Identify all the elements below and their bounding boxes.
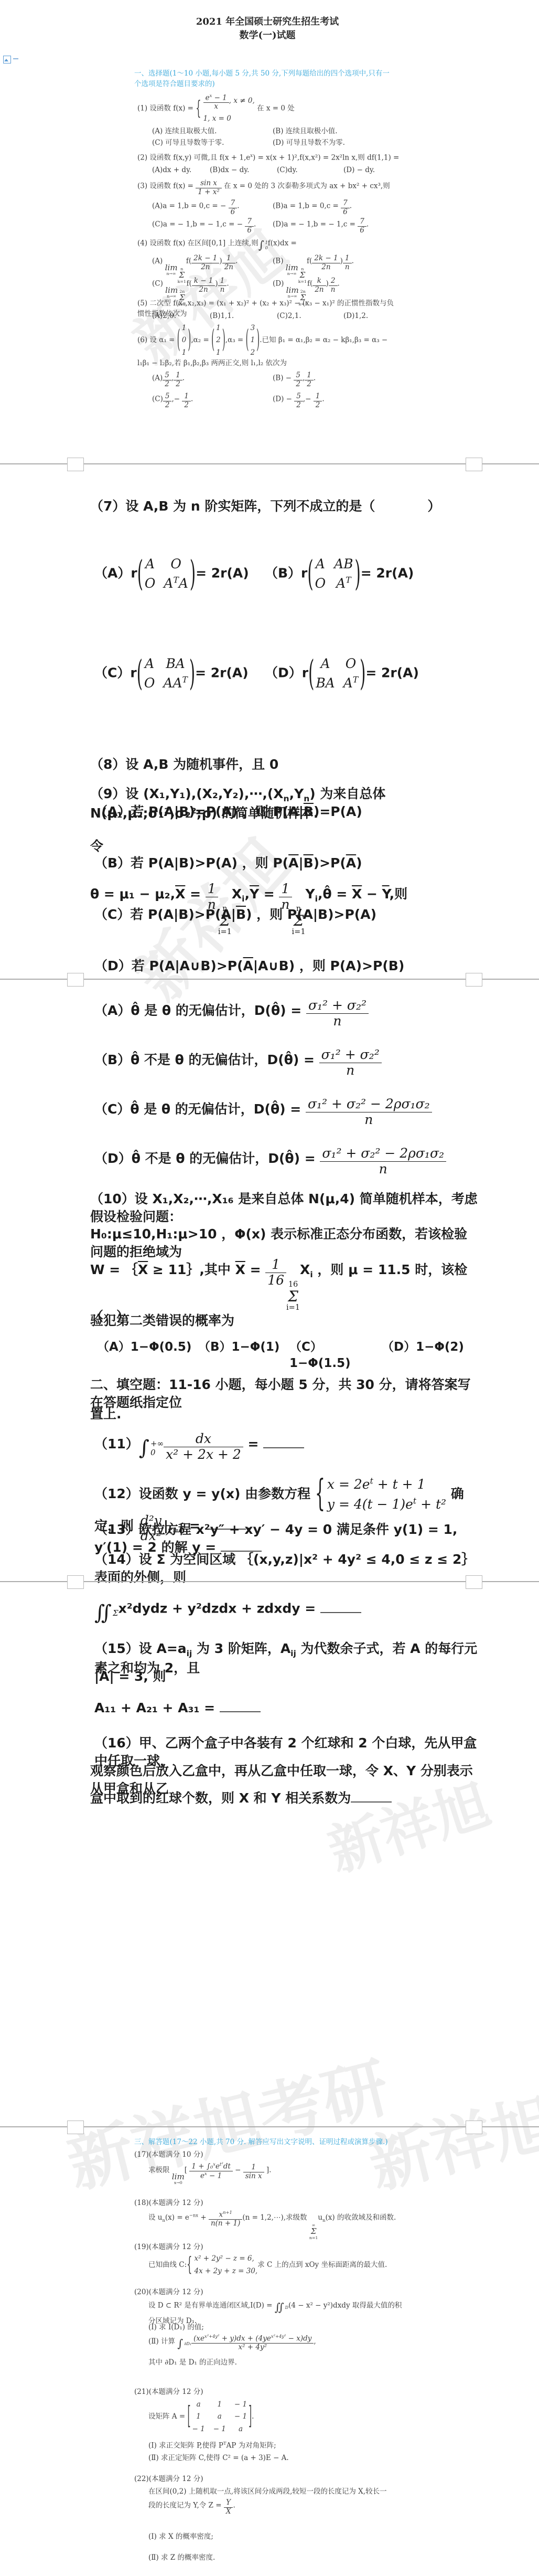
q9-lead: 令 [90,838,478,855]
q10-option-c: （C）1−Φ(1.5) [289,1339,381,1372]
section1-heading: 一、选择题(1～10 小题,每小题 5 分,共 50 分,下列每题给出的四个选项… [134,68,394,90]
q3-option-b: (B)a = 1,b = 0,c = 76. [273,199,391,216]
q15-formula: A₁₁ + A₂₁ + A₃₁ = [94,1699,482,1717]
q8-stem: （8）设 A,B 为随机事件，且 0 [90,756,478,773]
q10-stem-line2: H₀:μ≤10,H₁:μ>10 ，Φ(x) 表示标准正态分布函数，若该检验问题的… [90,1225,478,1261]
q1-option-a: (A) 连续且取极大值. [152,126,267,136]
q2-option-c: (C)dy. [277,165,335,175]
q5-option-c: (C)2,1. [277,311,329,321]
q3-stem: (3) 设函数 f(x) = sin x1 + x² 在 x = 0 处的 3 … [137,179,402,196]
q17-heading: (17)(本题满分 10 分) [134,2149,399,2160]
q5-option-d: (D)1,2. [343,311,396,321]
section2-heading-line2: 置上. [90,1405,478,1423]
exam-document: 新祥旭 新祥旭 新祥旭 新祥旭考研 新祥旭 2021 年全国硕士研究生招生考试 … [0,0,539,2576]
q7-option-b: （B）r(AABOAT)= 2r(A) [265,555,446,592]
q22-stem-line1: 在区间(0,2) 上随机取一点,将该区间分成两段,较短一段的长度记为 X,较长一 [148,2486,405,2497]
q5-option-a: (A)2,0. [152,311,204,321]
q6-option-b: (B) − 52,12. [273,372,388,388]
q22-heading: (22)(本题满分 12 分) [134,2474,399,2484]
q10-option-a: （A）1−Φ(0.5) [97,1339,194,1355]
q21-part2: (Ⅱ) 求正定矩阵 C,使得 C² = (a + 3)E − A. [148,2453,413,2463]
q8-option-d: （D）若 P(A|A∪B)>P(A|A∪B) ，则 P(A)>P(B) [94,957,482,975]
q1-option-d: (D) 可导且导数不为零. [273,137,388,148]
page-corner-mark [67,973,84,987]
q3-option-c: (C)a = − 1,b = − 1,c = − 76. [152,218,270,235]
q5-option-b: (B)1,1. [210,311,262,321]
q17-formula: 求极限 limx→0[ 1 + ∫₀xet²dtex − 1 − 1sin x … [148,2162,413,2186]
section3-heading: 三、解答题(17～22 小题,共 70 分. 解答应写出文字说明、证明过程或演算… [134,2137,399,2147]
q21-heading: (21)(本题满分 12 分) [134,2387,399,2397]
page-corner-mark [67,458,84,471]
q20-part1: (Ⅰ) 求 I(D₁) 的值; [148,2322,413,2333]
q9-option-a: （A）θ̂ 是 θ 的无偏估计，D(θ̂) = σ₁² + σ₂²n [94,998,482,1029]
q10-stem-line1: （10）设 X₁,X₂,⋯,X₁₆ 是来自总体 N(μ,4) 简单随机样本，考虑… [90,1190,478,1226]
q20-heading: (20)(本题满分 12 分) [134,2287,399,2297]
q20-part2-note: 其中 ∂D₁ 是 D₁ 的正向边界. [148,2357,413,2368]
page-corner-mark [67,2121,84,2134]
q22-part1: (Ⅰ) 求 X 的概率密度; [148,2531,413,2542]
q16-stem-line3: 盒中取到的红球个数，则 X 和 Y 相关系数为 [90,1789,478,1807]
q14-formula: ∬Σx²dydz + y²dzdx + zdxdy = [94,1599,482,1627]
exam-title-line2: 数学(一)试题 [136,28,398,43]
margin-attachment-icon [3,56,21,63]
q1-option-b: (B) 连续且取极小值. [273,126,388,136]
q6-option-c: (C)52,− 12. [152,393,267,409]
q11-stem: （11）∫+∞0dxx² + 2x + 2 = [94,1432,482,1462]
q1-stem: (1) 设函数 f(x) = {ex − 1x, x ≠ 0,1, x = 0 … [137,93,402,124]
page-corner-mark [67,1575,84,1589]
exam-title-line1: 2021 年全国硕士研究生招生考试 [136,15,398,29]
q2-stem: (2) 设函数 f(x,y) 可微,且 f(x + 1,ex) = x(x + … [137,152,402,163]
q10-stem-line4: （ ） [90,1308,478,1326]
image-placeholder-glyph [4,59,8,61]
q22-part2: (Ⅱ) 求 Z 的概率密度. [148,2552,413,2563]
q21-part1: (Ⅰ) 求正交矩阵 P,使得 PTAP 为对角矩阵; [148,2440,413,2451]
q10-option-d: （D）1−Φ(2) [382,1339,468,1355]
q1-option-c: (C) 可导且导数等于零. [152,137,267,148]
q19-formula: 已知曲线 C:{x² + 2y² − z = 6,4x + 2y + z = 3… [148,2253,405,2277]
q6-option-d: (D) − 52,− 12. [273,393,388,409]
q15-stem-line2: |A| = 3, 则 [94,1668,482,1685]
q7-stem: （7）设 A,B 为 n 阶实矩阵，下列不成立的是（ ） [90,497,478,515]
q9-option-d: （D）θ̂ 不是 θ 的无偏估计，D(θ̂) = σ₁² + σ₂² − 2ρσ… [94,1146,482,1177]
q7-option-a: （A）r(AOOATA)= 2r(A) [94,555,275,592]
q2-option-b: (B)dx − dy. [210,165,267,175]
margin-dash [13,58,18,59]
page-corner-mark [466,2121,482,2134]
page-corner-mark [466,973,482,987]
q22-stem-line2: 段的长度记为 Y,令 Z = YX. [148,2499,413,2516]
q2-option-d: (D) − dy. [343,165,401,175]
q3-option-d: (D)a = − 1,b = − 1,c = 76. [273,218,391,235]
q3-option-a: (A)a = 1,b = 0,c = − 76. [152,199,270,216]
q10-option-b: （B）1−Φ(1) [198,1339,285,1355]
q7-option-d: （D）r(AOBAAT)= 2r(A) [265,655,446,692]
page-corner-mark [466,458,482,471]
q18-formula: 设 un(x) = e−nx + xn+1n(n + 1)(n = 1,2,⋯)… [148,2210,405,2240]
q9-stem: （9）设 (X₁,Y₁),(X₂,Y₂),⋯,(Xn,Yn) 为来自总体 N(μ… [90,785,478,822]
q18-heading: (18)(本题满分 12 分) [134,2198,399,2208]
q20-part2: (Ⅱ) 计算 ∫∂D₁(xex²+4y² + y)dx + (4yex²+4y²… [148,2334,405,2352]
q9-option-b: （B）θ̂ 不是 θ 的无偏估计，D(θ̂) = σ₁² + σ₂²n [94,1047,482,1078]
q9-formula: θ = μ₁ − μ₂,X = 1nnΣi=1Xi,Y = 1nnΣi=1Yi,… [90,882,478,936]
q9-option-c: （C）θ̂ 是 θ 的无偏估计，D(θ̂) = σ₁² + σ₂² − 2ρσ₁… [94,1097,482,1128]
q8-option-b: （B）若 P(A|B)>P(A) ，则 P(A|B)>P(A) [94,854,482,872]
page-corner-mark [466,1575,482,1589]
q21-matrix: 设矩阵 A = [a1− 11a− 1− 1− 1a]. [148,2399,413,2434]
q6-option-a: (A)52,12. [152,372,267,388]
q7-option-c: （C）r(ABAOAAT)= 2r(A) [94,655,275,692]
q6-stem: (6) 设 α₁ = (101),α₂ = (121),α₃ = (312).已… [137,323,397,368]
q4-stem: (4) 设函数 f(x) 在区间[0,1] 上连续,则∫10f(x)dx = [137,237,402,253]
q2-option-a: (A)dx + dy. [152,165,210,175]
q19-heading: (19)(本题满分 12 分) [134,2242,399,2252]
